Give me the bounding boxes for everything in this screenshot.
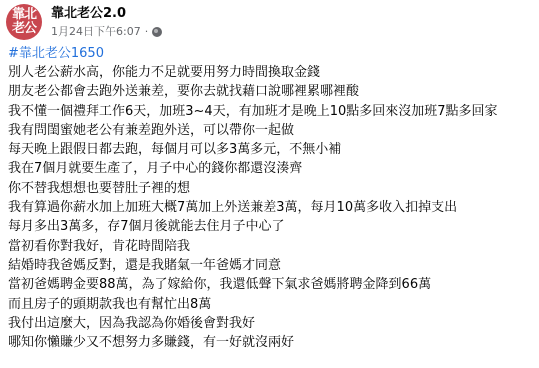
avatar[interactable]: 靠北 老公 bbox=[6, 4, 42, 40]
post-meta: 靠北老公2.0 1月24日下午6:07 · bbox=[51, 5, 162, 39]
post-line: 我不懂一個禮拜工作6天，加班3~4天，有加班才是晚上10點多回來沒加班7點多回家 bbox=[8, 102, 533, 121]
post-line: 結婚時我爸媽反對，還是我賭氣一年爸媽才同意 bbox=[8, 256, 533, 275]
post-line: 朋友老公都會去跑外送兼差，要你去就找藉口說哪裡累哪裡酸 bbox=[8, 82, 533, 101]
post-timestamp[interactable]: 1月24日下午6:07 bbox=[51, 24, 141, 39]
post-subline: 1月24日下午6:07 · bbox=[51, 24, 162, 39]
avatar-text-bottom: 老公 bbox=[12, 22, 36, 36]
post-line: 每天晚上跟假日都去跑，每個月可以多3萬多元，不無小補 bbox=[8, 140, 533, 159]
avatar-text-top: 靠北 bbox=[12, 8, 36, 22]
post-line: 每月多出3萬多，存7個月後就能去住月子中心了 bbox=[8, 217, 533, 236]
hashtag-link[interactable]: #靠北老公1650 bbox=[8, 45, 533, 63]
page-name-link[interactable]: 靠北老公2.0 bbox=[51, 5, 162, 22]
post-line: 而且房子的頭期款我也有幫忙出8萬 bbox=[8, 295, 533, 314]
post-line: 我有問閨蜜她老公有兼差跑外送，可以帶你一起做 bbox=[8, 121, 533, 140]
separator-dot: · bbox=[145, 24, 149, 39]
post-line: 我在7個月就要生產了，月子中心的錢你都還沒湊齊 bbox=[8, 159, 533, 178]
post-line: 別人老公薪水高，你能力不足就要用努力時間換取金錢 bbox=[8, 63, 533, 82]
post-line: 你不替我想想也要替肚子裡的想 bbox=[8, 179, 533, 198]
globe-icon[interactable] bbox=[152, 27, 162, 37]
post-line: 當初看你對我好，肯花時間陪我 bbox=[8, 237, 533, 256]
post-line: 哪知你懶賺少又不想努力多賺錢，有一好就沒兩好 bbox=[8, 333, 533, 352]
post-line: 當初爸媽聘金要88萬，為了嫁給你，我還低聲下氣求爸媽將聘金降到66萬 bbox=[8, 275, 533, 294]
post-body: #靠北老公1650 別人老公薪水高，你能力不足就要用努力時間換取金錢 朋友老公都… bbox=[8, 45, 533, 352]
post-line: 我付出這麼大，因為我認為你婚後會對我好 bbox=[8, 314, 533, 333]
post-header: 靠北 老公 靠北老公2.0 1月24日下午6:07 · bbox=[6, 4, 162, 44]
post-line: 我有算過你薪水加上加班大概7萬加上外送兼差3萬，每月10萬多收入扣掉支出 bbox=[8, 198, 533, 217]
